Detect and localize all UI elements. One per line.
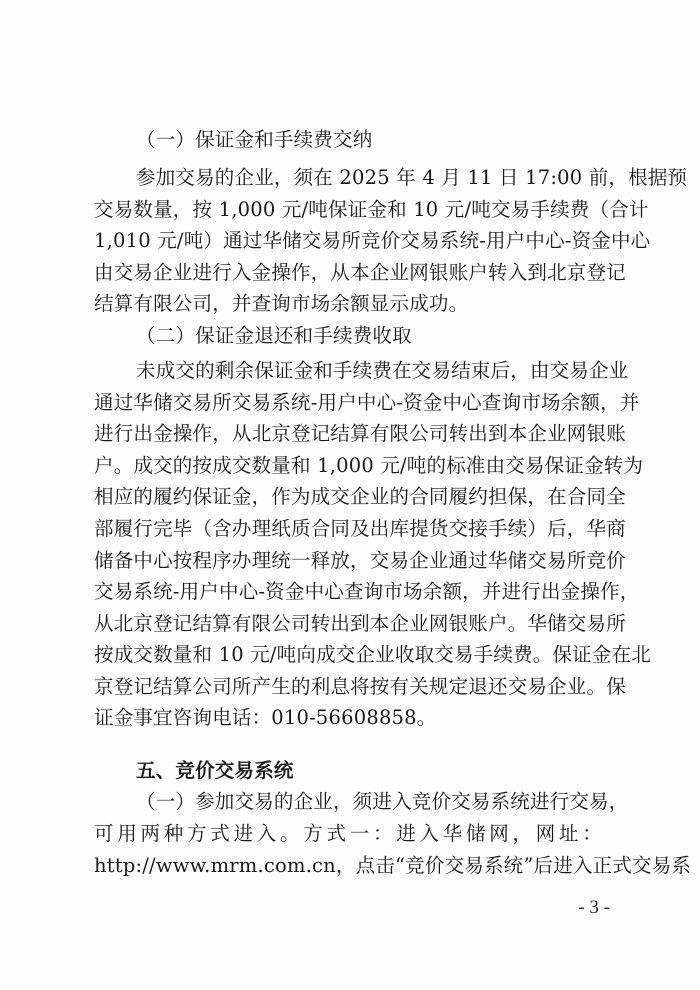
section-heading-bidding-system: 五、竞价交易系统 <box>136 756 644 786</box>
paragraph-line: 交易系统-用户中心-资金中心查询市场余额，并进行出金操作， <box>94 577 602 607</box>
paragraph-line: 通过华储交易所交易系统-用户中心-资金中心查询市场余额，并 <box>94 388 602 418</box>
paragraph-line: 证金事宜咨询电话：010-56608858。 <box>94 703 602 733</box>
subsection-heading-deposit-payment: （一）保证金和手续费交纳 <box>136 125 644 155</box>
paragraph-line: 可用两种方式进入。方式一：进入华储网，网址： <box>94 819 602 849</box>
paragraph-line: 由交易企业进行入金操作，从本企业网银账户转入到北京登记 <box>94 258 602 288</box>
document-page: （一）保证金和手续费交纳 参加交易的企业，须在 2025 年 4 月 11 日 … <box>0 0 700 990</box>
paragraph-line: 从北京登记结算有限公司转出到本企业网银账户。华储交易所 <box>94 609 602 639</box>
paragraph-line: 进行出金操作，从北京登记结算有限公司转出到本企业网银账 <box>94 419 602 449</box>
paragraph-line: 未成交的剩余保证金和手续费在交易结束后，由交易企业 <box>136 356 602 386</box>
paragraph-line-url: http://www.mrm.com.cn，点击“竞价交易系统”后进入正式交易系 <box>94 851 602 881</box>
paragraph-line: 1,010 元/吨）通过华储交易所竞价交易系统-用户中心-资金中心 <box>94 226 602 256</box>
paragraph-line: 储备中心按程序办理统一释放，交易企业通过华储交易所竞价 <box>94 546 602 576</box>
paragraph-line: 结算有限公司，并查询市场余额显示成功。 <box>94 289 602 319</box>
paragraph-line: 交易数量，按 1,000 元/吨保证金和 10 元/吨交易手续费（合计 <box>94 195 602 225</box>
paragraph-line: 部履行完毕（含办理纸质合同及出库提货交接手续）后，华商 <box>94 514 602 544</box>
paragraph-line: 参加交易的企业，须在 2025 年 4 月 11 日 17:00 前，根据预 <box>136 163 602 193</box>
paragraph-line: （一）参加交易的企业，须进入竞价交易系统进行交易， <box>136 787 602 817</box>
page-number: - 3 - <box>560 897 610 919</box>
paragraph-line: 户。成交的按成交数量和 1,000 元/吨的标准由交易保证金转为 <box>94 451 602 481</box>
subsection-heading-deposit-refund: （二）保证金退还和手续费收取 <box>136 321 644 351</box>
paragraph-line: 京登记结算公司所产生的利息将按有关规定退还交易企业。保 <box>94 672 602 702</box>
paragraph-line: 相应的履约保证金，作为成交企业的合同履约担保，在合同全 <box>94 482 602 512</box>
paragraph-line: 按成交数量和 10 元/吨向成交企业收取交易手续费。保证金在北 <box>94 640 602 670</box>
